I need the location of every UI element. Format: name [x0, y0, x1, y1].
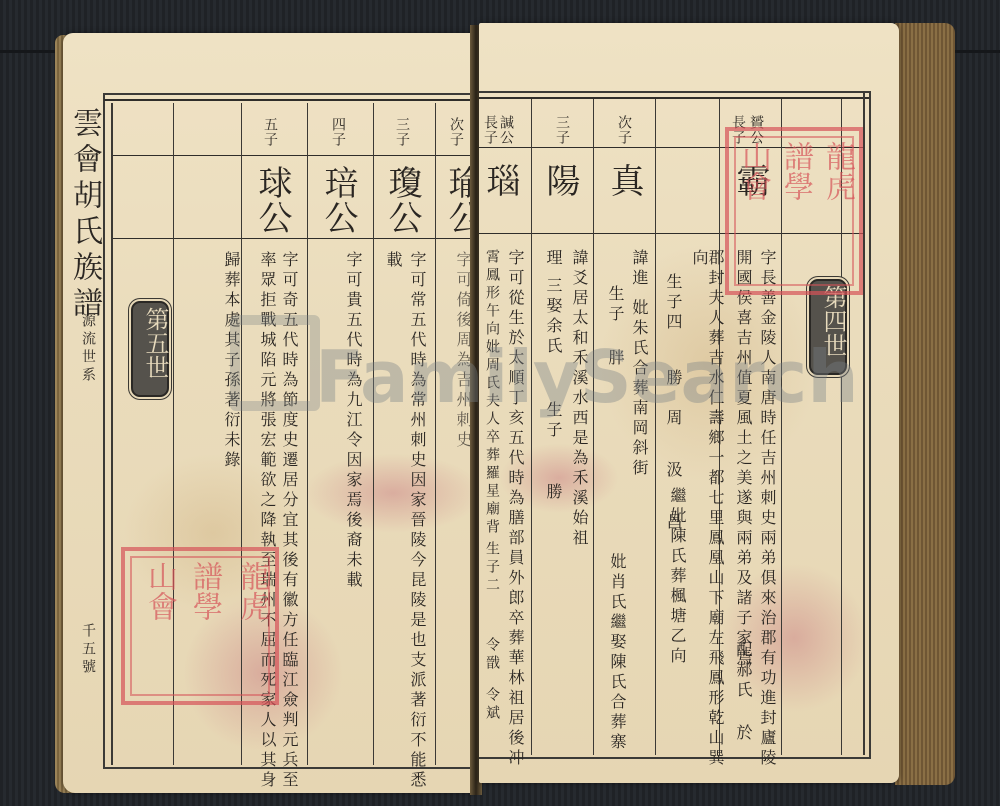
biography-text: 生子 [607, 285, 623, 325]
biography-text: 理 [545, 249, 561, 269]
person-name: 琣公 [321, 165, 355, 235]
biography-text: 載 [385, 251, 401, 271]
relation-label: 三子 [555, 115, 569, 145]
person-name: 陽 [543, 163, 577, 198]
generation-badge: 第五世 [131, 301, 169, 397]
column-line [373, 103, 374, 765]
seal-text: 山會 [144, 561, 176, 621]
biography-text: 諱進 [631, 249, 647, 289]
column-line [307, 103, 308, 765]
section-label: 源流世系 [81, 313, 95, 385]
person-name: 瑙 [483, 163, 517, 198]
relation-label: 三子 [395, 117, 409, 147]
title-strip-border [111, 103, 113, 765]
person-name: 球公 [255, 165, 289, 235]
relation-label: 四子 [331, 117, 345, 147]
genealogy-book: 雲會胡氏族譜 源流世系 千五號 第五世 五子 球公 字可奇五代時為節度史遷居分宜… [55, 15, 955, 795]
seal-text: 龍虎 [236, 561, 268, 621]
relation-label: 長子 [483, 115, 497, 145]
seal-text: 譜學 [780, 141, 812, 201]
biography-text: 字可貴五代時為九江令因家焉後裔未載 [345, 251, 361, 591]
child-name: 勝 [545, 483, 561, 503]
book-title: 雲會胡氏族譜 [69, 107, 99, 323]
biography-text: 妣肖氏 [609, 553, 625, 613]
biography-text: 字可常五代時為常州刺史因家晉陵今昆陵是也支派著衍不能悉 [409, 251, 425, 791]
collection-seal-right: 龍虎 譜學 山會 [725, 127, 863, 295]
frame-double-line [103, 99, 475, 101]
child-name: 令斌 [485, 687, 499, 723]
relation-label: 次子 [617, 115, 631, 145]
column-line [531, 99, 532, 755]
page-number: 千五號 [81, 623, 95, 677]
person-name: 真 [607, 163, 641, 198]
child-name: 汲 [665, 461, 681, 481]
person-name: 瓊公 [385, 165, 419, 235]
biography-text: 字可從生於太順丁亥五代時為膳部員外郎卒葬華林祖居後冲 [507, 249, 523, 769]
band-divider [113, 238, 475, 239]
familysearch-logo-icon [230, 315, 320, 411]
relation-label: 諴公 [499, 115, 513, 145]
band-divider [113, 155, 475, 156]
biography-text: 生子四 [665, 273, 681, 333]
biography-text: 開國侯喜吉州值夏風土之美遂與兩弟及諸子家焉 [735, 249, 751, 669]
seal-text: 山會 [738, 141, 770, 201]
generation-badge-text: 第五世 [133, 307, 167, 379]
column-line [593, 99, 594, 755]
biography-text: 繼娶陳氏合葬寨 [609, 613, 625, 753]
child-name: 昌 [665, 513, 681, 533]
title-strip-border [863, 91, 865, 755]
seal-text: 譜學 [189, 561, 221, 621]
column-line [435, 103, 436, 765]
relation-label: 次子 [449, 117, 463, 147]
seal-text: 龍虎 [822, 141, 854, 201]
biography-text: 字長善金陵人南唐時任吉州刺史兩弟俱來治郡有功進封廬陵 [759, 249, 775, 769]
relation-label: 五子 [263, 117, 277, 147]
frame-double-line [479, 97, 869, 99]
familysearch-watermark: FamilySearch [315, 335, 859, 419]
collection-seal-left: 龍虎 譜學 山會 [121, 547, 279, 705]
column-line [655, 99, 656, 755]
child-name: 令戩 [485, 637, 499, 673]
biography-text: 生子二 [485, 541, 499, 595]
book-right-edge [895, 23, 955, 785]
biography-text: 配郝氏 於 [735, 641, 751, 744]
biography-text: 郡封夫人葬吉水仁壽鄉一都七里鳳凰山下廟左飛鳳形乾山巽向 [691, 249, 723, 783]
title-strip-border [103, 93, 104, 765]
